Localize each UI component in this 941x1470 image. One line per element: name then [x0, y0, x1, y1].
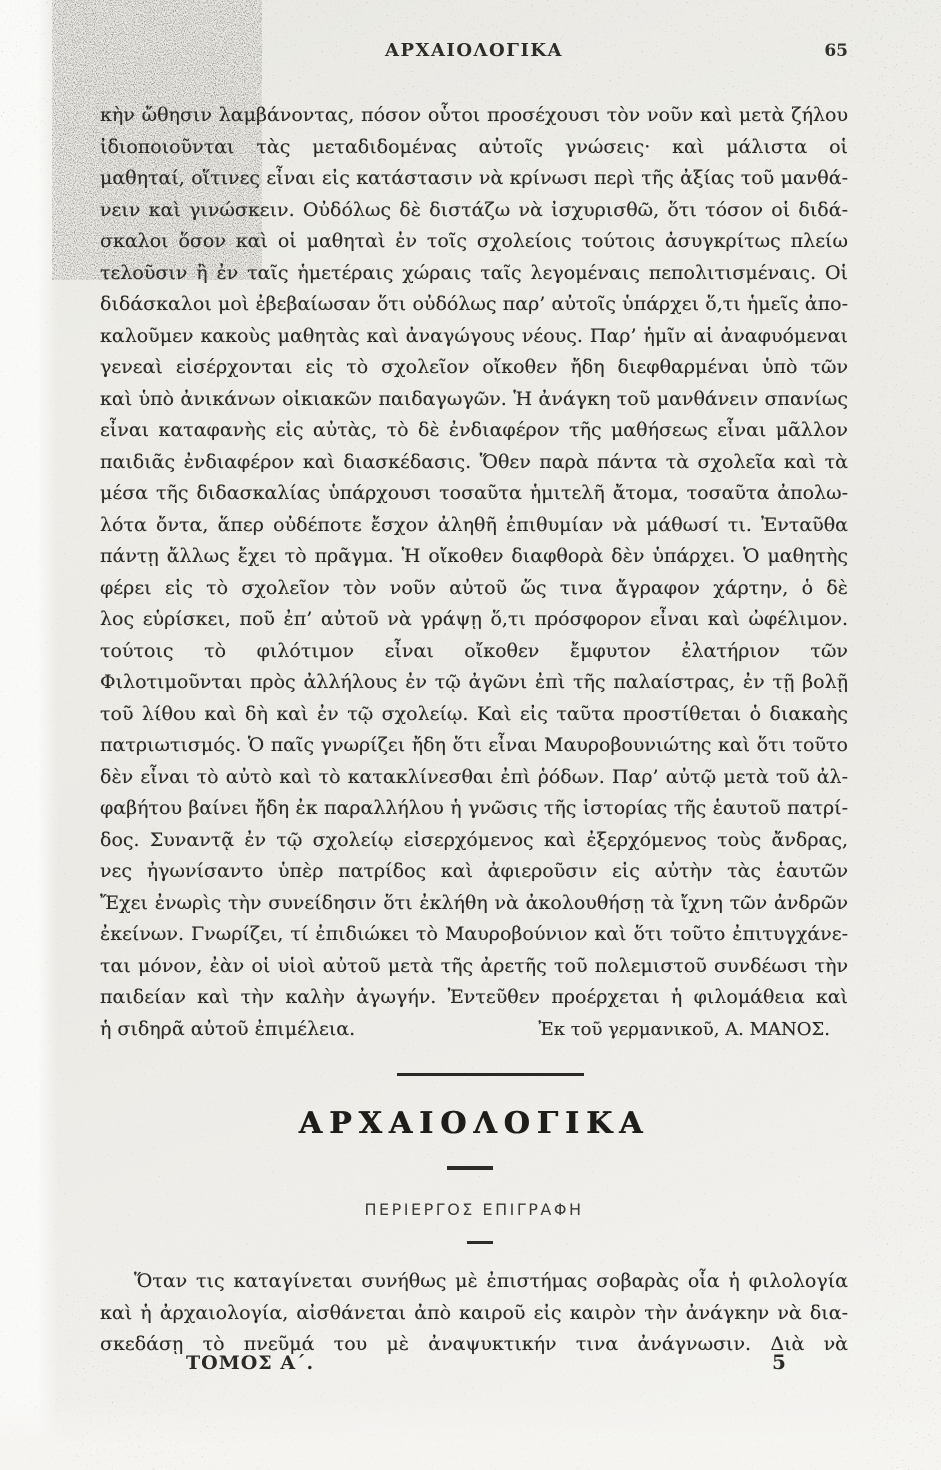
text-line: νειν καὶ γινώσκειν. Οὐδόλως δὲ διστάζω ν…: [100, 195, 848, 227]
article-2-lines: Ὅταν τις καταγίνεται συνήθως μὲ ἐπιστήμα…: [100, 1266, 848, 1361]
text-line: γενεαὶ εἰσέρχονται εἰς τὸ σχολεῖον οἴκοθ…: [100, 352, 848, 384]
text-line: Ὅταν τις καταγίνεται συνήθως μὲ ἐπιστήμα…: [100, 1266, 848, 1298]
text-line: κὴν ὤθησιν λαμβάνοντας, πόσον οὗτοι προσ…: [100, 100, 848, 132]
text-line: μαθηταί, οἵτινες εἶναι εἰς κατάστασιν νὰ…: [100, 163, 848, 195]
volume-label: ΤΟΜΟΣ Α΄.: [186, 1352, 314, 1374]
scan-bottom-margin: [0, 1400, 941, 1470]
scanned-page: ΑΡΧΑΙΟΛΟΓΙΚΑ 65 κὴν ὤθησιν λαμβάνοντας, …: [0, 0, 941, 1470]
text-line: ται μόνον, ἐὰν οἱ υἱοὶ αὐτοῦ μετὰ τῆς ἀρ…: [100, 951, 848, 983]
text-line: ἰδιοποιοῦνται τὰς μεταδιδομένας αὐτοῖς γ…: [100, 132, 848, 164]
text-line: τούτοις τὸ φιλότιμον εἶναι οἴκοθεν ἔμφυτ…: [100, 636, 848, 668]
text-line: Ἔχει ἐνωρὶς τὴν συνείδησιν ὅτι ἐκλήθη νὰ…: [100, 888, 848, 920]
text-line: φέρει εἰς τὸ σχολεῖον τὸν νοῦν αὐτοῦ ὥς …: [100, 573, 848, 605]
text-line: σκαλοι ὅσον καὶ οἱ μαθηταὶ ἐν τοῖς σχολε…: [100, 226, 848, 258]
text-line: δος. Συναντᾷ ἐν τῷ σχολείῳ εἰσερχόμενος …: [100, 825, 848, 857]
scan-left-margin: [0, 0, 58, 1470]
text-line: διδάσκαλοι μοὶ ἐβεβαίωσαν ὅτι οὐδόλως πα…: [100, 289, 848, 321]
translation-credit: Ἐκ τοῦ γερμανικοῦ, Α. ΜΑΝΟΣ.: [538, 1014, 830, 1046]
text-line: καὶ ἡ ἀρχαιολογία, αἰσθάνεται ἀπὸ καιροῦ…: [100, 1298, 848, 1330]
section-divider-rule: [397, 1073, 584, 1076]
subtitle-divider-dash: [467, 1241, 493, 1244]
article-closing-line: ἡ σιδηρᾶ αὐτοῦ ἐπιμέλεια. Ἐκ τοῦ γερμανι…: [100, 1014, 848, 1046]
text-line: καλοῦμεν κακοὺς μαθητὰς καὶ ἀναγώγους νέ…: [100, 321, 848, 353]
article-body: κὴν ὤθησιν λαμβάνοντας, πόσον οὗτοι προσ…: [100, 100, 848, 1045]
article-subtitle: ΠΕΡΙΕΡΓΟΣ ΕΠΙΓΡΑΦΗ: [100, 1200, 848, 1219]
text-line: Φιλοτιμοῦνται πρὸς ἀλλήλους ἐν τῷ ἀγῶνι …: [100, 667, 848, 699]
section-title: ΑΡΧΑΙΟΛΟΓΙΚΑ: [100, 1106, 848, 1141]
text-line: παιδείαν καὶ τὴν καλὴν ἀγωγήν. Ἐντεῦθεν …: [100, 982, 848, 1014]
title-divider-dash: [447, 1166, 493, 1170]
text-line: καὶ ὑπὸ ἀνικάνων οἰκιακῶν παιδαγωγῶν. Ἡ …: [100, 384, 848, 416]
text-line: λος εὑρίσκει, ποῦ ἐπ’ αὐτοῦ νὰ γράψῃ ὅ,τ…: [100, 604, 848, 636]
text-line: ἐκείνων. Γνωρίζει, τί ἐπιδιώκει τὸ Μαυρο…: [100, 919, 848, 951]
article-last-line: ἡ σιδηρᾶ αὐτοῦ ἐπιμέλεια.: [100, 1014, 355, 1046]
text-line: πατριωτισμός. Ὁ παῖς γνωρίζει ἤδη ὅτι εἶ…: [100, 730, 848, 762]
article-lines: κὴν ὤθησιν λαμβάνοντας, πόσον οὗτοι προσ…: [100, 100, 848, 1014]
text-line: εἶναι καταφανὴς εἰς αὐτὰς, τὸ δὲ ἐνδιαφέ…: [100, 415, 848, 447]
article-2-body: Ὅταν τις καταγίνεται συνήθως μὲ ἐπιστήμα…: [100, 1266, 848, 1361]
page-number-top: 65: [824, 41, 848, 61]
text-line: μέσα τῆς διδασκαλίας ὑπάρχουσι τοσαῦτα ἡ…: [100, 478, 848, 510]
text-line: νες ἠγωνίσαντο ὑπὲρ πατρίδος καὶ ἀφιεροῦ…: [100, 856, 848, 888]
running-header: ΑΡΧΑΙΟΛΟΓΙΚΑ 65: [100, 40, 848, 68]
running-header-title: ΑΡΧΑΙΟΛΟΓΙΚΑ: [100, 40, 848, 61]
text-line: παιδιᾶς ἐνδιαφέρον καὶ διασκέδασις. Ὅθεν…: [100, 447, 848, 479]
text-line: τελοῦσιν ἢ ἐν ταῖς ἡμετέραις χώραις ταῖς…: [100, 258, 848, 290]
text-line: φαβήτου βαίνει ἤδη ἐκ παραλλήλου ἡ γνῶσι…: [100, 793, 848, 825]
text-line: πάντῃ ἄλλως ἔχει τὸ πρᾶγμα. Ἡ οἴκοθεν δι…: [100, 541, 848, 573]
text-line: τοῦ λίθου καὶ δὴ καὶ ἐν τῷ σχολείῳ. Καὶ …: [100, 699, 848, 731]
text-line: λότα ὄντα, ἅπερ οὐδέποτε ἔσχον ἀληθῆ ἐπι…: [100, 510, 848, 542]
text-line: δὲν εἶναι τὸ αὐτὸ καὶ τὸ κατακλίνεσθαι ἐ…: [100, 762, 848, 794]
page-number-bottom: 5: [772, 1350, 786, 1374]
